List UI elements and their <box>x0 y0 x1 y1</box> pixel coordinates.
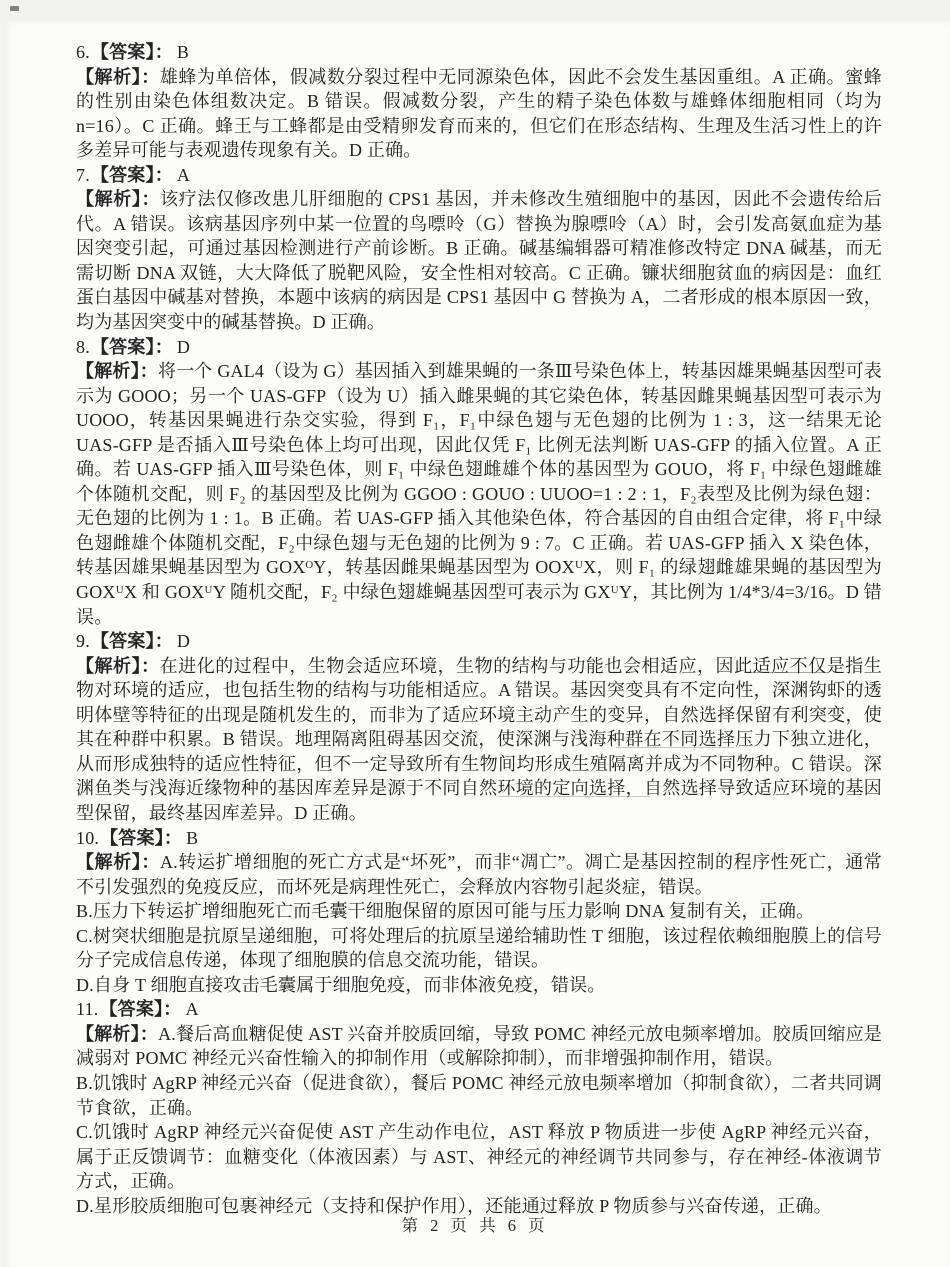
question-number: 7. <box>76 165 90 185</box>
question-block-6: 6.【答案】：B 【解析】：雄蜂为单倍体，假减数分裂过程中无同源染色体，因此不会… <box>76 40 882 163</box>
answer-label: 【答案】： <box>100 828 182 848</box>
answer-value: A <box>185 999 198 1019</box>
analysis-paragraph: 【解析】：A.餐后高血糖促使 AST 兴奋并胶质回缩，导致 POMC 神经元放电… <box>76 1022 882 1071</box>
question-number: 6. <box>76 42 90 62</box>
analysis-label: 【解析】： <box>76 189 160 209</box>
analysis-text: 在进化的过程中，生物会适应环境，生物的结构与功能也会相适应，因此适应不仅是指生物… <box>76 656 882 823</box>
question-block-9: 9.【答案】：D 【解析】：在进化的过程中，生物会适应环境，生物的结构与功能也会… <box>76 629 882 825</box>
question-number: 9. <box>76 631 90 651</box>
analysis-text: 雄蜂为单倍体，假减数分裂过程中无同源染色体，因此不会发生基因重组。A 正确。蜜蜂… <box>76 67 882 161</box>
analysis-text: 该疗法仅修改患儿肝细胞的 CPS1 基因，并未修改生殖细胞中的基因，因此不会遗传… <box>76 189 882 332</box>
question-block-11: 11.【答案】：A 【解析】：A.餐后高血糖促使 AST 兴奋并胶质回缩，导致 … <box>76 997 882 1218</box>
answer-value: D <box>177 337 190 357</box>
answer-label: 【答案】： <box>91 42 173 62</box>
answer-line: 8.【答案】：D <box>76 335 882 360</box>
scan-underline-mark <box>744 672 828 673</box>
analysis-paragraph: 【解析】：A.转运扩增细胞的死亡方式是“坏死”，而非“凋亡”。凋亡是基因控制的程… <box>76 850 882 899</box>
analysis-paragraph: C.饥饿时 AgRP 神经元兴奋促使 AST 产生动作电位，AST 释放 P 物… <box>76 1120 882 1194</box>
analysis-paragraph: 【解析】：雄蜂为单倍体，假减数分裂过程中无同源染色体，因此不会发生基因重组。A … <box>76 65 882 163</box>
analysis-label: 【解析】： <box>76 852 160 872</box>
answer-label: 【答案】： <box>91 631 173 651</box>
analysis-label: 【解析】： <box>76 1024 158 1044</box>
scan-speck <box>10 6 19 11</box>
document-content: 6.【答案】：B 【解析】：雄蜂为单倍体，假减数分裂过程中无同源染色体，因此不会… <box>76 40 882 1218</box>
analysis-paragraph: B.饥饿时 AgRP 神经元兴奋（促进食欲），餐后 POMC 神经元放电频率增加… <box>76 1071 882 1120</box>
answer-label: 【答案】： <box>91 337 173 357</box>
analysis-paragraph: D.自身 T 细胞直接攻击毛囊属于细胞免疫，而非体液免疫，错误。 <box>76 973 882 998</box>
answer-label: 【答案】： <box>99 999 181 1019</box>
answer-line: 9.【答案】：D <box>76 629 882 654</box>
answer-label: 【答案】： <box>91 165 173 185</box>
question-block-8: 8.【答案】：D 【解析】：将一个 GAL4（设为 G）基因插入到雄果蝇的一条Ⅲ… <box>76 335 882 630</box>
question-block-10: 10.【答案】：B 【解析】：A.转运扩增细胞的死亡方式是“坏死”，而非“凋亡”… <box>76 826 882 998</box>
scanned-answer-sheet: { "page": { "footer": "第 2 页 共 6 页" }, "… <box>0 0 950 1267</box>
analysis-text: A.转运扩增细胞的死亡方式是“坏死”，而非“凋亡”。凋亡是基因控制的程序性死亡，… <box>76 852 882 897</box>
question-number: 11. <box>76 999 98 1019</box>
answer-value: B <box>177 42 189 62</box>
analysis-paragraph: 【解析】：在进化的过程中，生物会适应环境，生物的结构与功能也会相适应，因此适应不… <box>76 654 882 826</box>
analysis-text: 将一个 GAL4（设为 G）基因插入到雄果蝇的一条Ⅲ号染色体上，转基因雄果蝇基因… <box>76 361 882 626</box>
answer-line: 11.【答案】：A <box>76 997 882 1022</box>
question-block-7: 7.【答案】：A 【解析】：该疗法仅修改患儿肝细胞的 CPS1 基因，并未修改生… <box>76 163 882 335</box>
answer-line: 7.【答案】：A <box>76 163 882 188</box>
answer-line: 10.【答案】：B <box>76 826 882 851</box>
analysis-label: 【解析】： <box>76 656 160 676</box>
scan-underline-mark <box>616 747 734 748</box>
analysis-label: 【解析】： <box>76 361 158 381</box>
analysis-paragraph: 【解析】：该疗法仅修改患儿肝细胞的 CPS1 基因，并未修改生殖细胞中的基因，因… <box>76 187 882 334</box>
analysis-label: 【解析】： <box>76 67 160 87</box>
analysis-text: A.餐后高血糖促使 AST 兴奋并胶质回缩，导致 POMC 神经元放电频率增加。… <box>76 1024 882 1069</box>
analysis-paragraph: C.树突状细胞是抗原呈递细胞，可将处理后的抗原呈递给辅助性 T 细胞，该过程依赖… <box>76 924 882 973</box>
question-number: 10. <box>76 828 99 848</box>
answer-value: A <box>177 165 190 185</box>
scan-underline-mark <box>498 796 650 797</box>
answer-line: 6.【答案】：B <box>76 40 882 65</box>
answer-value: B <box>186 828 198 848</box>
analysis-paragraph: B.压力下转运扩增细胞死亡而毛囊干细胞保留的原因可能与压力影响 DNA 复制有关… <box>76 899 882 924</box>
answer-value: D <box>177 631 190 651</box>
analysis-paragraph: 【解析】：将一个 GAL4（设为 G）基因插入到雄果蝇的一条Ⅲ号染色体上，转基因… <box>76 359 882 629</box>
page-footer: 第 2 页 共 6 页 <box>0 1212 950 1236</box>
question-number: 8. <box>76 337 90 357</box>
